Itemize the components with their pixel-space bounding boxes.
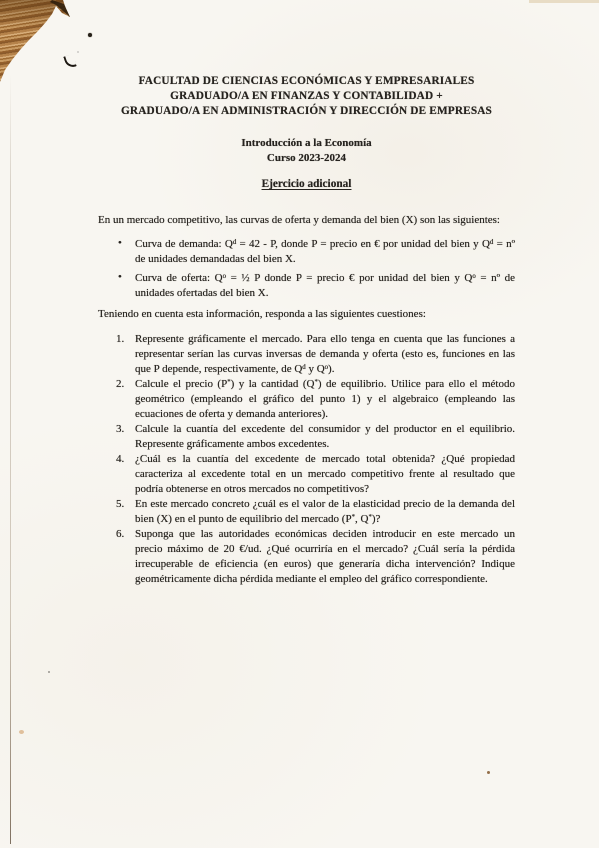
paper-speck: [48, 671, 50, 673]
scanned-exam-page: { "document": { "header": { "lines": [ "…: [0, 0, 599, 848]
question-text: En este mercado concreto ¿cuál es el val…: [135, 498, 515, 525]
faculty-header: FACULTAD DE CIENCIAS ECONÓMICAS Y EMPRES…: [98, 74, 515, 119]
question-text: Represente gráficamente el mercado. Para…: [135, 333, 515, 375]
header-line-degree-2: GRADUADO/A EN ADMINISTRACIÓN Y DIRECCIÓN…: [98, 104, 515, 119]
paper-speck: [19, 730, 24, 734]
question-list: 1. Represente gráficamente el mercado. P…: [98, 332, 515, 587]
question-item-5: 5. En este mercado concreto ¿cuál es el …: [98, 497, 515, 527]
bullet-text-supply: Curva de oferta: Qo = ½ P donde P = prec…: [135, 272, 515, 299]
question-item-6: 6. Suponga que las autoridades económica…: [98, 527, 515, 587]
question-text: Calcule la cuantía del excedente del con…: [135, 423, 515, 450]
question-item-4: 4. ¿Cuál es la cuantía del excedente de …: [98, 452, 515, 497]
exercise-title: Ejercicio adicional: [98, 177, 515, 192]
question-number: 4.: [116, 452, 124, 467]
pen-mark-artifact: [63, 54, 77, 69]
course-subject: Introducción a la Economía: [98, 136, 515, 151]
question-text: ¿Cuál es la cuantía del excedente de mer…: [135, 453, 515, 495]
paper-speck: [487, 771, 490, 774]
curves-bullet-list: • Curva de demanda: Qd = 42 - P, donde P…: [98, 237, 515, 301]
smudge-artifact: [77, 51, 79, 53]
ink-dot-artifact: [88, 33, 92, 37]
question-number: 1.: [116, 332, 124, 347]
bullet-marker: •: [118, 270, 122, 285]
question-number: 2.: [116, 377, 124, 392]
question-item-2: 2. Calcule el precio (P*) y la cantidad …: [98, 377, 515, 422]
exercise-title-text: Ejercicio adicional: [262, 178, 352, 190]
bullet-item-supply: • Curva de oferta: Qo = ½ P donde P = pr…: [98, 271, 515, 301]
bullet-marker: •: [118, 236, 122, 251]
question-number: 6.: [116, 527, 124, 542]
question-text: Suponga que las autoridades económicas d…: [135, 528, 515, 585]
intro-paragraph: En un mercado competitivo, las curvas de…: [98, 213, 515, 228]
scan-edge-strip: [529, 0, 599, 3]
bullet-text-demand: Curva de demanda: Qd = 42 - P, donde P =…: [135, 238, 515, 265]
question-text: Calcule el precio (P*) y la cantidad (Q*…: [135, 378, 515, 420]
course-term: Curso 2023-2024: [98, 151, 515, 166]
bullet-item-demand: • Curva de demanda: Qd = 42 - P, donde P…: [98, 237, 515, 267]
header-line-faculty: FACULTAD DE CIENCIAS ECONÓMICAS Y EMPRES…: [98, 74, 515, 89]
transition-paragraph: Teniendo en cuenta esta información, res…: [98, 307, 515, 322]
course-block: Introducción a la Economía Curso 2023-20…: [98, 136, 515, 166]
header-line-degree-1: GRADUADO/A EN FINANZAS Y CONTABILIDAD +: [98, 89, 515, 104]
document-content: FACULTAD DE CIENCIAS ECONÓMICAS Y EMPRES…: [0, 74, 599, 587]
question-item-3: 3. Calcule la cuantía del excedente del …: [98, 422, 515, 452]
question-item-1: 1. Represente gráficamente el mercado. P…: [98, 332, 515, 377]
question-number: 5.: [116, 497, 124, 512]
question-number: 3.: [116, 422, 124, 437]
